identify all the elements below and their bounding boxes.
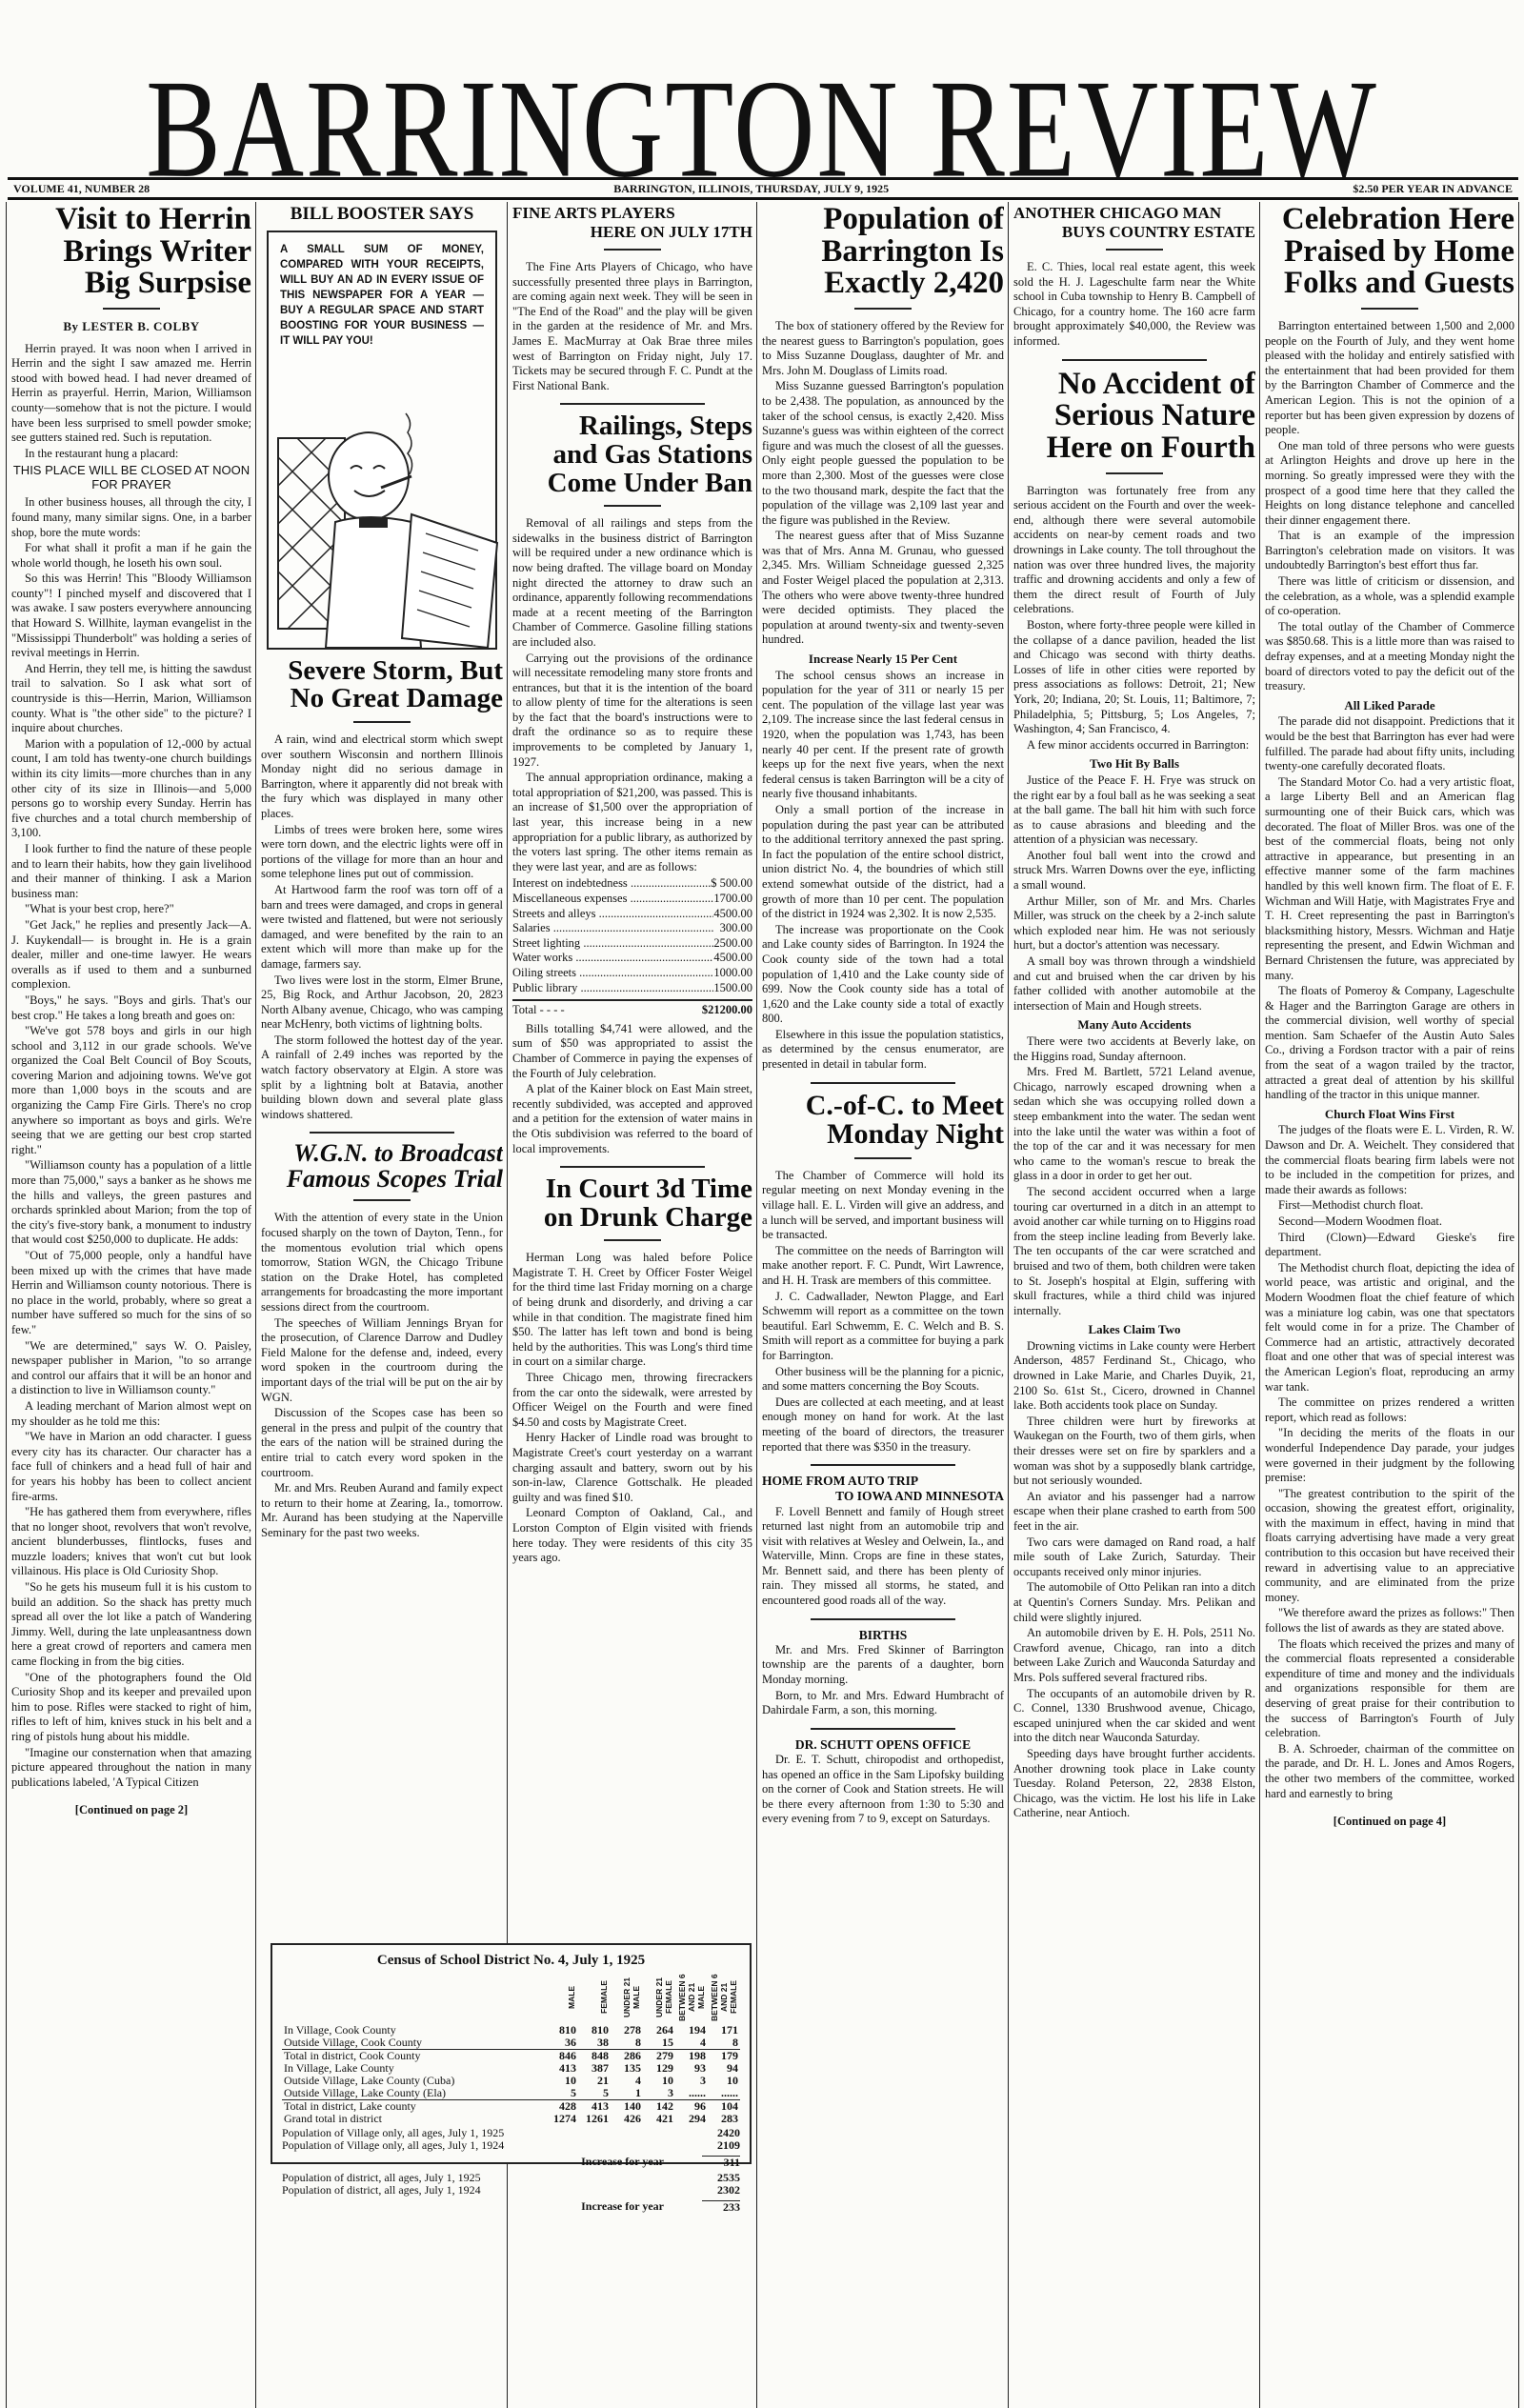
- article-paragraph: Elsewhere in this issue the population s…: [762, 1028, 1004, 1073]
- divider: [604, 249, 661, 251]
- article-paragraph: Second—Modern Woodmen float.: [1265, 1214, 1514, 1230]
- census-row: Total in district, Cook County8468482862…: [282, 2050, 740, 2063]
- appropriation-row: Oiling streets1000.00: [512, 966, 752, 981]
- article-paragraph: Two cars were damaged on Rand road, a ha…: [1013, 1535, 1255, 1580]
- appropriation-row: Streets and alleys4500.00: [512, 907, 752, 922]
- article-paragraph: Removal of all railings and steps from t…: [512, 516, 752, 650]
- subheading: All Liked Parade: [1265, 698, 1514, 713]
- census-summary: Population of Village only, all ages, Ju…: [282, 2127, 740, 2214]
- article-paragraph: A rain, wind and electrical storm which …: [261, 732, 503, 822]
- census-row: Outside Village, Cook County363881548: [282, 2037, 740, 2050]
- census-column-header: UNDER 21 MALE: [611, 1971, 643, 2024]
- continued-link[interactable]: [Continued on page 4]: [1265, 1815, 1514, 1830]
- article-paragraph: "We have in Marion an odd character. I g…: [11, 1430, 251, 1504]
- article-paragraph: For what shall it profit a man if he gai…: [11, 541, 251, 571]
- headline: FINE ARTS PLAYERS HERE ON JULY 17TH: [512, 204, 752, 241]
- article-paragraph: Arthur Miller, son of Mr. and Mrs. Charl…: [1013, 894, 1255, 953]
- dateline: BARRINGTON, ILLINOIS, THURSDAY, JULY 9, …: [613, 182, 889, 196]
- article-paragraph: Leonard Compton of Oakland, Cal., and Lo…: [512, 1506, 752, 1565]
- census-cell: 283: [708, 2113, 740, 2125]
- subheading: Two Hit By Balls: [1013, 756, 1255, 772]
- headline: W.G.N. to Broadcast Famous Scopes Trial: [261, 1141, 503, 1192]
- article-paragraph: Mrs. Fred M. Bartlett, 5721 Leland avenu…: [1013, 1065, 1255, 1184]
- article-body: The Chamber of Commerce will hold its re…: [762, 1169, 1004, 1455]
- article-paragraph: "Imagine our consternation when that ama…: [11, 1746, 251, 1791]
- headline: BIRTHS: [762, 1628, 1004, 1643]
- article-paragraph: The nearest guess after that of Miss Suz…: [762, 529, 1004, 648]
- article-paragraph: A few minor accidents occurred in Barrin…: [1013, 738, 1255, 753]
- article-paragraph: The school census shows an increase in p…: [762, 669, 1004, 802]
- article-paragraph: Speeding days have brought further accid…: [1013, 1747, 1255, 1821]
- divider: [854, 1157, 912, 1159]
- article-paragraph: Dues are collected at each meeting, and …: [762, 1395, 1004, 1455]
- article-body: The box of stationery offered by the Rev…: [762, 319, 1004, 648]
- article-paragraph: The box of stationery offered by the Rev…: [762, 319, 1004, 378]
- article-paragraph: "In deciding the merits of the floats in…: [1265, 1426, 1514, 1485]
- article-body: Bills totalling $4,741 were allowed, and…: [512, 1022, 752, 1156]
- divider: [103, 308, 160, 310]
- article-body: Justice of the Peace F. H. Frye was stru…: [1013, 773, 1255, 1014]
- appropriation-row: Water works4500.00: [512, 951, 752, 966]
- appropriation-row: Public library1500.00: [512, 981, 752, 996]
- article-body: The judges of the floats were E. L. Vird…: [1265, 1123, 1514, 1801]
- census-column-header: FEMALE: [578, 1971, 611, 2024]
- divider: [811, 1464, 955, 1466]
- census-cell: 8: [611, 2037, 643, 2050]
- article-paragraph: "We are determined," says W. O. Paisley,…: [11, 1339, 251, 1398]
- census-cell: 3: [643, 2087, 675, 2100]
- column-rule: [6, 202, 7, 2408]
- census-increase: Increase for year233: [282, 2199, 740, 2214]
- article-paragraph: The Methodist church float, depicting th…: [1265, 1261, 1514, 1395]
- appropriation-item: Oiling streets: [512, 966, 713, 981]
- census-row-label: Outside Village, Lake County (Ela): [282, 2087, 546, 2100]
- census-cell: 421: [643, 2113, 675, 2125]
- article-body: There were two accidents at Beverly lake…: [1013, 1034, 1255, 1318]
- subheading: Many Auto Accidents: [1013, 1017, 1255, 1033]
- appropriation-total: Total - - - -$21200.00: [512, 999, 752, 1018]
- article-paragraph: The parade did not disappoint. Predictio…: [1265, 714, 1514, 773]
- census-cell: 294: [675, 2113, 708, 2125]
- appropriation-amount: 1500.00: [713, 981, 752, 996]
- appropriation-row: Interest on indebtedness$ 500.00: [512, 876, 752, 892]
- appropriation-item: Public library: [512, 981, 713, 996]
- census-row-label: Total in district, Cook County: [282, 2050, 546, 2063]
- article-paragraph: An automobile driven by E. H. Pols, 2511…: [1013, 1626, 1255, 1685]
- headline: No Accident of Serious Nature Here on Fo…: [1013, 369, 1255, 465]
- headline: HOME FROM AUTO TRIP TO IOWA AND MINNESOT…: [762, 1474, 1004, 1504]
- census-cell: 5: [578, 2087, 611, 2100]
- article-paragraph: The annual appropriation ordinance, maki…: [512, 771, 752, 874]
- article-paragraph: Bills totalling $4,741 were allowed, and…: [512, 1022, 752, 1081]
- article-paragraph: "Williamson county has a population of a…: [11, 1158, 251, 1248]
- census-column-header: BETWEEN 6 AND 21 FEMALE: [708, 1971, 740, 2024]
- divider: [560, 1166, 704, 1168]
- article-body: Herrin prayed. It was noon when I arrive…: [11, 342, 251, 462]
- appropriation-item: Street lighting: [512, 936, 713, 952]
- article-body: With the attention of every state in the…: [261, 1211, 503, 1540]
- column-rule: [255, 202, 256, 2408]
- census-cell: 848: [578, 2050, 611, 2063]
- article-paragraph: Dr. E. T. Schutt, chiropodist and orthop…: [762, 1753, 1004, 1827]
- article-paragraph: "Boys," he says. "Boys and girls. That's…: [11, 993, 251, 1023]
- article-paragraph: So this was Herrin! This "Bloody William…: [11, 572, 251, 661]
- article-paragraph: Herrin prayed. It was noon when I arrive…: [11, 342, 251, 446]
- appropriation-row: Street lighting2500.00: [512, 936, 752, 952]
- divider: [604, 1239, 661, 1241]
- census-increase: Increase for year311: [282, 2155, 740, 2169]
- article-body: Herman Long was haled before Police Magi…: [512, 1251, 752, 1565]
- masthead: BARRINGTON REVIEW: [0, 0, 1524, 191]
- headline: Visit to Herrin Brings Writer Big Surpsi…: [11, 204, 251, 300]
- article-paragraph: Drowning victims in Lake county were Her…: [1013, 1339, 1255, 1414]
- census-row-label: Outside Village, Cook County: [282, 2037, 546, 2050]
- continued-link[interactable]: [Continued on page 2]: [11, 1803, 251, 1818]
- headline: Celebration Here Praised by Home Folks a…: [1265, 204, 1514, 300]
- byline: By LESTER B. COLBY: [11, 319, 251, 334]
- article-paragraph: The increase was proportionate on the Co…: [762, 923, 1004, 1027]
- census-table-box: Census of School District No. 4, July 1,…: [271, 1943, 752, 2164]
- article-paragraph: "One of the photographers found the Old …: [11, 1671, 251, 1745]
- folio-line: VOLUME 41, NUMBER 28 BARRINGTON, ILLINOI…: [8, 177, 1518, 200]
- census-row-label: Total in district, Lake county: [282, 2100, 546, 2114]
- column-2: BILL BOOSTER SAYS A small sum of money, …: [261, 204, 503, 1937]
- divider: [1062, 359, 1207, 361]
- article-paragraph: In the restaurant hung a placard:: [11, 447, 251, 462]
- article-paragraph: Justice of the Peace F. H. Frye was stru…: [1013, 773, 1255, 848]
- appropriation-item: Miscellaneous expenses: [512, 892, 713, 907]
- article-paragraph: Three children were hurt by fireworks at…: [1013, 1415, 1255, 1489]
- census-summary-row: Population of district, all ages, July 1…: [282, 2184, 740, 2197]
- census-cell: 426: [611, 2113, 643, 2125]
- article-paragraph: Discussion of the Scopes case has been s…: [261, 1406, 503, 1480]
- appropriation-amount: 4500.00: [713, 951, 752, 966]
- article-paragraph: J. C. Cadwallader, Newton Plagge, and Ea…: [762, 1290, 1004, 1364]
- divider: [353, 1199, 411, 1201]
- headline: ANOTHER CHICAGO MAN BUYS COUNTRY ESTATE: [1013, 204, 1255, 241]
- appropriation-amount: 2500.00: [713, 936, 752, 952]
- article-paragraph: Marion with a population of 12,-000 by a…: [11, 737, 251, 841]
- divider: [1361, 308, 1418, 310]
- article-paragraph: "He has gathered them from everywhere, r…: [11, 1505, 251, 1579]
- article-paragraph: Three Chicago men, throwing firecrackers…: [512, 1371, 752, 1430]
- article-paragraph: "What is your best crop, here?": [11, 902, 251, 917]
- article-paragraph: Barrington entertained between 1,500 and…: [1265, 319, 1514, 438]
- census-row-label: Outside Village, Lake County (Cuba): [282, 2075, 546, 2087]
- article-body: Mr. and Mrs. Fred Skinner of Barrington …: [762, 1643, 1004, 1718]
- volume-number: VOLUME 41, NUMBER 28: [13, 182, 150, 196]
- appropriation-item: Water works: [512, 951, 713, 966]
- divider: [604, 505, 661, 507]
- article-paragraph: There was little of criticism or dissens…: [1265, 574, 1514, 619]
- census-cell: 8: [708, 2037, 740, 2050]
- column-rule: [756, 202, 757, 2408]
- census-cell: 286: [611, 2050, 643, 2063]
- census-cell: 179: [708, 2050, 740, 2063]
- article-paragraph: Boston, where forty-three people were ki…: [1013, 618, 1255, 737]
- article-paragraph: The second accident occurred when a larg…: [1013, 1185, 1255, 1318]
- article-paragraph: F. Lovell Bennett and family of Hough st…: [762, 1505, 1004, 1609]
- article-paragraph: The floats of Pomeroy & Company, Lagesch…: [1265, 984, 1514, 1103]
- divider: [811, 1618, 955, 1620]
- divider: [310, 1132, 454, 1134]
- cartoon-title: BILL BOOSTER SAYS: [261, 204, 503, 225]
- headline: Severe Storm, But No Great Damage: [261, 657, 503, 713]
- article-body: Barrington was fortunately free from any…: [1013, 484, 1255, 753]
- divider: [854, 308, 912, 310]
- article-paragraph: The occupants of an automobile driven by…: [1013, 1687, 1255, 1746]
- article-body: Removal of all railings and steps from t…: [512, 516, 752, 874]
- article-paragraph: An aviator and his passenger had a narro…: [1013, 1490, 1255, 1535]
- appropriation-row: Salaries300.00: [512, 921, 752, 936]
- article-paragraph: The speeches of William Jennings Bryan f…: [261, 1316, 503, 1406]
- divider: [353, 721, 411, 723]
- headline: DR. SCHUTT OPENS OFFICE: [762, 1737, 1004, 1753]
- census-cell: 104: [708, 2100, 740, 2114]
- appropriation-item: Interest on indebtedness: [512, 876, 711, 892]
- census-cell: 279: [643, 2050, 675, 2063]
- headline: In Court 3d Time on Drunk Charge: [512, 1175, 752, 1232]
- census-cell: 15: [643, 2037, 675, 2050]
- column-5: ANOTHER CHICAGO MAN BUYS COUNTRY ESTATE …: [1013, 204, 1255, 2404]
- article-paragraph: Other business will be the planning for …: [762, 1365, 1004, 1395]
- appropriation-amount: 300.00: [720, 921, 752, 936]
- census-cell: 4: [675, 2037, 708, 2050]
- article-paragraph: A plat of the Kainer block on East Main …: [512, 1082, 752, 1156]
- subheading: Lakes Claim Two: [1013, 1322, 1255, 1337]
- article-paragraph: With the attention of every state in the…: [261, 1211, 503, 1314]
- article-paragraph: Carrying out the provisions of the ordin…: [512, 652, 752, 771]
- cartoon-caption: A small sum of money, compared with your…: [269, 232, 495, 349]
- article-paragraph: And Herrin, they tell me, is hitting the…: [11, 662, 251, 736]
- census-cell: 140: [611, 2100, 643, 2114]
- census-cell: 413: [578, 2100, 611, 2114]
- column-rule: [1259, 202, 1260, 2408]
- census-row-label: In Village, Cook County: [282, 2024, 546, 2037]
- article-paragraph: "Get Jack," he replies and presently Jac…: [11, 918, 251, 993]
- census-cell: 1: [611, 2087, 643, 2100]
- article-paragraph: "Out of 75,000 people, only a handful ha…: [11, 1249, 251, 1338]
- column-rule: [1008, 202, 1009, 2408]
- article-body: A rain, wind and electrical storm which …: [261, 732, 503, 1122]
- census-table: MALEFEMALEUNDER 21 MALEUNDER 21 FEMALEBE…: [282, 1971, 740, 2125]
- article-paragraph: Miss Suzanne guessed Barrington's popula…: [762, 379, 1004, 528]
- census-column-header: BETWEEN 6 AND 21 MALE: [675, 1971, 708, 2024]
- appropriation-amount: 1700.00: [713, 892, 752, 907]
- article-paragraph: The committee on prizes rendered a writt…: [1265, 1395, 1514, 1425]
- article-herrin: Visit to Herrin Brings Writer Big Surpsi…: [11, 204, 251, 2404]
- article-paragraph: First—Methodist church float.: [1265, 1198, 1514, 1214]
- appropriation-amount: $ 500.00: [711, 876, 752, 892]
- census-cell: 96: [675, 2100, 708, 2114]
- census-cell: 198: [675, 2050, 708, 2063]
- census-cell: 5: [546, 2087, 578, 2100]
- census-row-label: In Village, Lake County: [282, 2062, 546, 2075]
- article-paragraph: "We therefore award the prizes as follow…: [1265, 1606, 1514, 1635]
- census-cell: 1274: [546, 2113, 578, 2125]
- census-cell: ......: [675, 2087, 708, 2100]
- column-3: FINE ARTS PLAYERS HERE ON JULY 17TH The …: [512, 204, 752, 1937]
- census-cell: ......: [708, 2087, 740, 2100]
- article-paragraph: I look further to find the nature of the…: [11, 842, 251, 901]
- appropriation-amount: 4500.00: [713, 907, 752, 922]
- census-cell: 428: [546, 2100, 578, 2114]
- article-paragraph: The automobile of Otto Pelikan ran into …: [1013, 1580, 1255, 1625]
- article-paragraph: That is an example of the impression Bar…: [1265, 529, 1514, 573]
- census-row: Outside Village, Lake County (Ela)5513..…: [282, 2087, 740, 2100]
- census-title: Census of School District No. 4, July 1,…: [282, 1953, 740, 1969]
- article-body: In other business houses, all through th…: [11, 495, 251, 1790]
- subheading: Increase Nearly 15 Per Cent: [762, 652, 1004, 667]
- article-paragraph: The committee on the needs of Barrington…: [762, 1244, 1004, 1289]
- article-paragraph: "So he gets his museum full it is his cu…: [11, 1580, 251, 1670]
- article-paragraph: "The greatest contribution to the spirit…: [1265, 1487, 1514, 1606]
- article-paragraph: Limbs of trees were broken here, some wi…: [261, 823, 503, 882]
- subheading: Church Float Wins First: [1265, 1107, 1514, 1122]
- article-paragraph: B. A. Schroeder, chairman of the committ…: [1265, 1742, 1514, 1801]
- divider: [1106, 472, 1163, 474]
- divider: [1106, 249, 1163, 251]
- article-body: The school census shows an increase in p…: [762, 669, 1004, 1073]
- appropriation-row: Miscellaneous expenses1700.00: [512, 892, 752, 907]
- census-column-header: UNDER 21 FEMALE: [643, 1971, 675, 2024]
- article-body: Drowning victims in Lake county were Her…: [1013, 1339, 1255, 1821]
- article-paragraph: Two lives were lost in the storm, Elmer …: [261, 973, 503, 1033]
- article-paragraph: The Chamber of Commerce will hold its re…: [762, 1169, 1004, 1243]
- article-body: The parade did not disappoint. Predictio…: [1265, 714, 1514, 1102]
- bill-booster-cartoon: A small sum of money, compared with your…: [267, 231, 497, 650]
- appropriation-item: Streets and alleys: [512, 907, 713, 922]
- article-paragraph: Mr. and Mrs. Fred Skinner of Barrington …: [762, 1643, 1004, 1688]
- article-paragraph: The storm followed the hottest day of th…: [261, 1033, 503, 1123]
- article-paragraph: In other business houses, all through th…: [11, 495, 251, 540]
- appropriation-item: Salaries: [512, 921, 720, 936]
- census-row: Total in district, Lake county4284131401…: [282, 2100, 740, 2114]
- census-header-row: MALEFEMALEUNDER 21 MALEUNDER 21 FEMALEBE…: [282, 1971, 740, 2024]
- subscription-price: $2.50 PER YEAR IN ADVANCE: [1353, 182, 1513, 196]
- census-row: Grand total in district12741261426421294…: [282, 2113, 740, 2125]
- article-paragraph: Another foul ball went into the crowd an…: [1013, 849, 1255, 893]
- census-cell: 36: [546, 2037, 578, 2050]
- column-rule: [1518, 202, 1519, 2408]
- headline: Population of Barrington Is Exactly 2,42…: [762, 204, 1004, 300]
- appropriation-table: Interest on indebtedness$ 500.00Miscella…: [512, 876, 752, 1017]
- article-paragraph: One man told of three persons who were g…: [1265, 439, 1514, 529]
- article-paragraph: The Standard Motor Co. had a very artist…: [1265, 775, 1514, 983]
- cartoon-man-reading-newspaper-icon: [269, 400, 503, 648]
- headline: C.-of-C. to Meet Monday Night: [762, 1092, 1004, 1150]
- article-paragraph: E. C. Thies, local real estate agent, th…: [1013, 260, 1255, 350]
- census-row-label: Grand total in district: [282, 2113, 546, 2125]
- article-paragraph: Barrington was fortunately free from any…: [1013, 484, 1255, 617]
- census-cell: 38: [578, 2037, 611, 2050]
- article-paragraph: Born, to Mr. and Mrs. Edward Humbracht o…: [762, 1689, 1004, 1718]
- column-4: Population of Barrington Is Exactly 2,42…: [762, 204, 1004, 2404]
- headline: Railings, Steps and Gas Stations Come Un…: [512, 412, 752, 497]
- divider: [560, 403, 704, 405]
- article-paragraph: A leading merchant of Marion almost wept…: [11, 1399, 251, 1429]
- article-paragraph: "We've got 578 boys and girls in our hig…: [11, 1024, 251, 1157]
- article-paragraph: Mr. and Mrs. Reuben Aurand and family ex…: [261, 1481, 503, 1540]
- census-body: In Village, Cook County81081027826419417…: [282, 2024, 740, 2125]
- census-cell: 142: [643, 2100, 675, 2114]
- census-column-header: MALE: [546, 1971, 578, 2024]
- article-paragraph: The total outlay of the Chamber of Comme…: [1265, 620, 1514, 694]
- appropriation-amount: 1000.00: [713, 966, 752, 981]
- article-paragraph: There were two accidents at Beverly lake…: [1013, 1034, 1255, 1064]
- article-body: Barrington entertained between 1,500 and…: [1265, 319, 1514, 694]
- article-paragraph: At Hartwood farm the roof was torn off o…: [261, 883, 503, 973]
- article-paragraph: The floats which received the prizes and…: [1265, 1637, 1514, 1741]
- article-paragraph: Herman Long was haled before Police Magi…: [512, 1251, 752, 1370]
- census-cell: 1261: [578, 2113, 611, 2125]
- article-paragraph: Only a small portion of the increase in …: [762, 803, 1004, 922]
- placard-quote: THIS PLACE WILL BE CLOSED AT NOON FOR PR…: [11, 463, 251, 492]
- article-paragraph: The judges of the floats were E. L. Vird…: [1265, 1123, 1514, 1197]
- divider: [811, 1082, 955, 1084]
- census-cell: 846: [546, 2050, 578, 2063]
- article-paragraph: A small boy was thrown through a windshi…: [1013, 954, 1255, 1013]
- article-celebration: Celebration Here Praised by Home Folks a…: [1265, 204, 1514, 2404]
- article-paragraph: Third (Clown)—Edward Gieske's fire depar…: [1265, 1231, 1514, 1260]
- divider: [811, 1728, 955, 1730]
- article-paragraph: Henry Hacker of Lindle road was brought …: [512, 1431, 752, 1505]
- article-paragraph: The Fine Arts Players of Chicago, who ha…: [512, 260, 752, 393]
- census-summary-row: Population of Village only, all ages, Ju…: [282, 2139, 740, 2152]
